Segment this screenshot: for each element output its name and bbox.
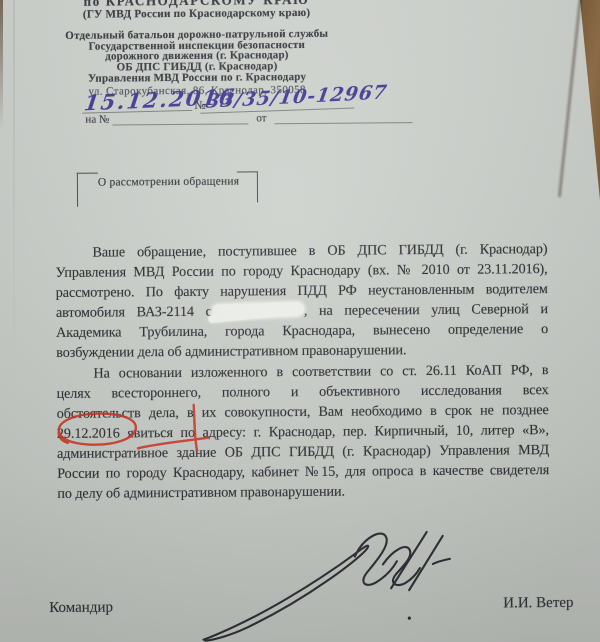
body-line: России по городу Краснодару, кабинет №15… [57,460,549,484]
handwritten-signature [187,526,488,642]
signer-position: Командир [49,599,113,616]
subject-line: О рассмотрении обращения [98,175,239,188]
paragraph-2: На основании изложенного в соответствии … [56,360,549,505]
paragraph-1: Ваше обращение, поступившее в ОБ ДПС ГИБ… [55,239,548,363]
ink-dot [408,617,411,620]
license-plate-redaction [212,302,304,319]
subject-corner-mark-left [77,173,98,207]
letterhead: по КРАСНОДАРСКОМУ КРАЮ (ГУ МВД России по… [15,0,378,98]
incoming-number-label: на № [85,113,109,125]
document-photo: по КРАСНОДАРСКОМУ КРАЮ (ГУ МВД России по… [0,0,600,642]
subject-corner-mark-right [237,171,258,202]
letter-paper: по КРАСНОДАРСКОМУ КРАЮ (ГУ МВД России по… [0,0,600,642]
incoming-from-label: от [256,112,266,124]
signer-name: И.И. Ветер [503,595,573,613]
incoming-date-underline [274,122,412,124]
letter-body: Ваше обращение, поступившее в ОБ ДПС ГИБ… [55,239,549,504]
incoming-number-underline [112,123,248,125]
letterhead-parent-org: (ГУ МВД России по Краснодарскому краю) [16,6,378,22]
body-line: по делу об административном правонарушен… [57,480,549,504]
